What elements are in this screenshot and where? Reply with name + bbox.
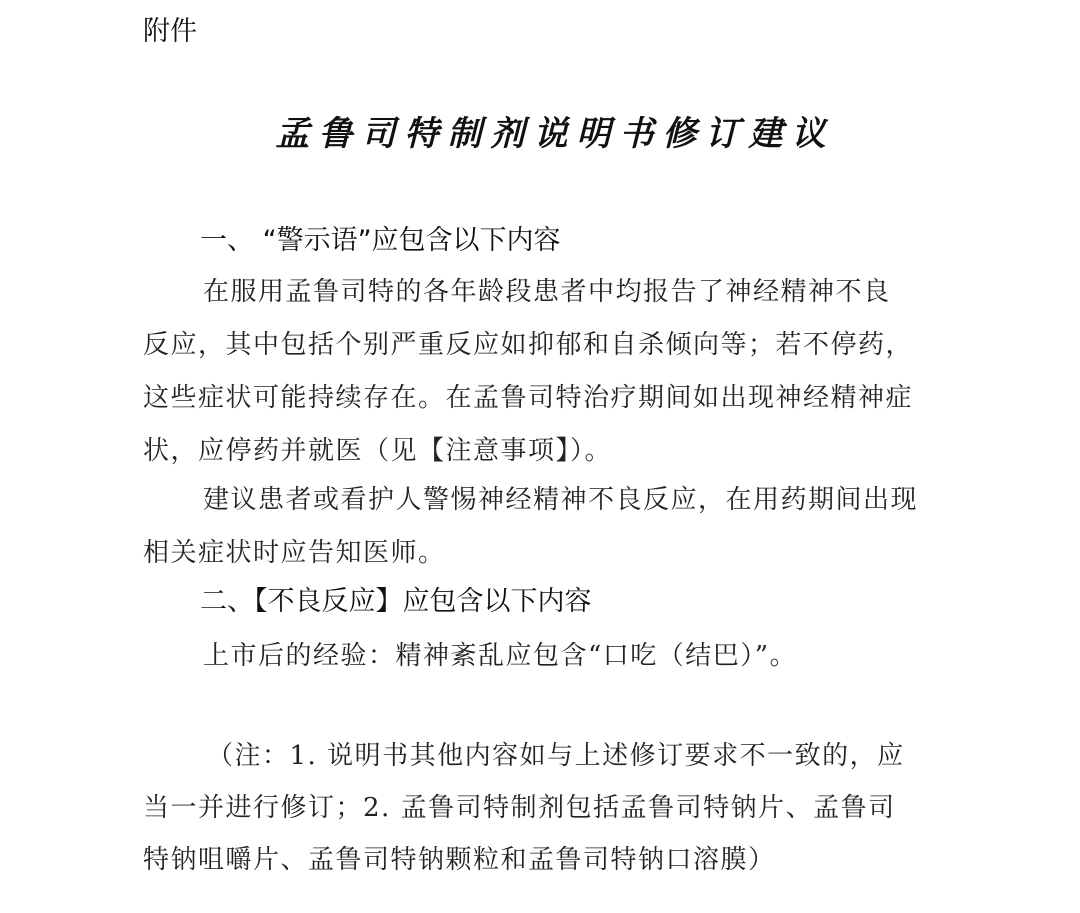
paragraph-line: 状，应停药并就医（见【注意事项】）。 xyxy=(143,425,961,478)
paragraph-line: 反应，其中包括个别严重反应如抑郁和自杀倾向等；若不停药， xyxy=(143,319,961,372)
paragraph-line: 上市后的经验：精神紊乱应包含“口吃（结巴）”。 xyxy=(143,630,961,683)
paragraph-line: 在服用孟鲁司特的各年龄段患者中均报告了神经精神不良 xyxy=(143,266,961,319)
note-line: （注：1. 说明书其他内容如与上述修订要求不一致的，应 xyxy=(143,730,961,782)
section-2-heading: 二、【不良反应】应包含以下内容 xyxy=(200,582,592,622)
section-1-paragraph-2: 建议患者或看护人警惕神经精神不良反应，在用药期间出现 相关症状时应告知医师。 xyxy=(143,474,961,580)
section-1-paragraph-1: 在服用孟鲁司特的各年龄段患者中均报告了神经精神不良 反应，其中包括个别严重反应如… xyxy=(143,266,961,478)
note-line: 特钠咀嚼片、孟鲁司特钠颗粒和孟鲁司特钠口溶膜） xyxy=(143,834,961,886)
paragraph-line: 建议患者或看护人警惕神经精神不良反应，在用药期间出现 xyxy=(143,474,961,527)
note-line: 当一并进行修订；2. 孟鲁司特制剂包括孟鲁司特钠片、孟鲁司 xyxy=(143,782,961,834)
revision-note: （注：1. 说明书其他内容如与上述修订要求不一致的，应 当一并进行修订；2. 孟… xyxy=(143,730,961,886)
document-title: 孟鲁司特制剂说明书修订建议 xyxy=(0,110,1080,158)
paragraph-line: 相关症状时应告知医师。 xyxy=(143,527,961,580)
paragraph-line: 这些症状可能持续存在。在孟鲁司特治疗期间如出现神经精神症 xyxy=(143,372,961,425)
section-2-paragraph-1: 上市后的经验：精神紊乱应包含“口吃（结巴）”。 xyxy=(143,630,961,683)
section-1-heading: 一、 “警示语”应包含以下内容 xyxy=(200,221,561,261)
attachment-label: 附件 xyxy=(143,14,197,50)
